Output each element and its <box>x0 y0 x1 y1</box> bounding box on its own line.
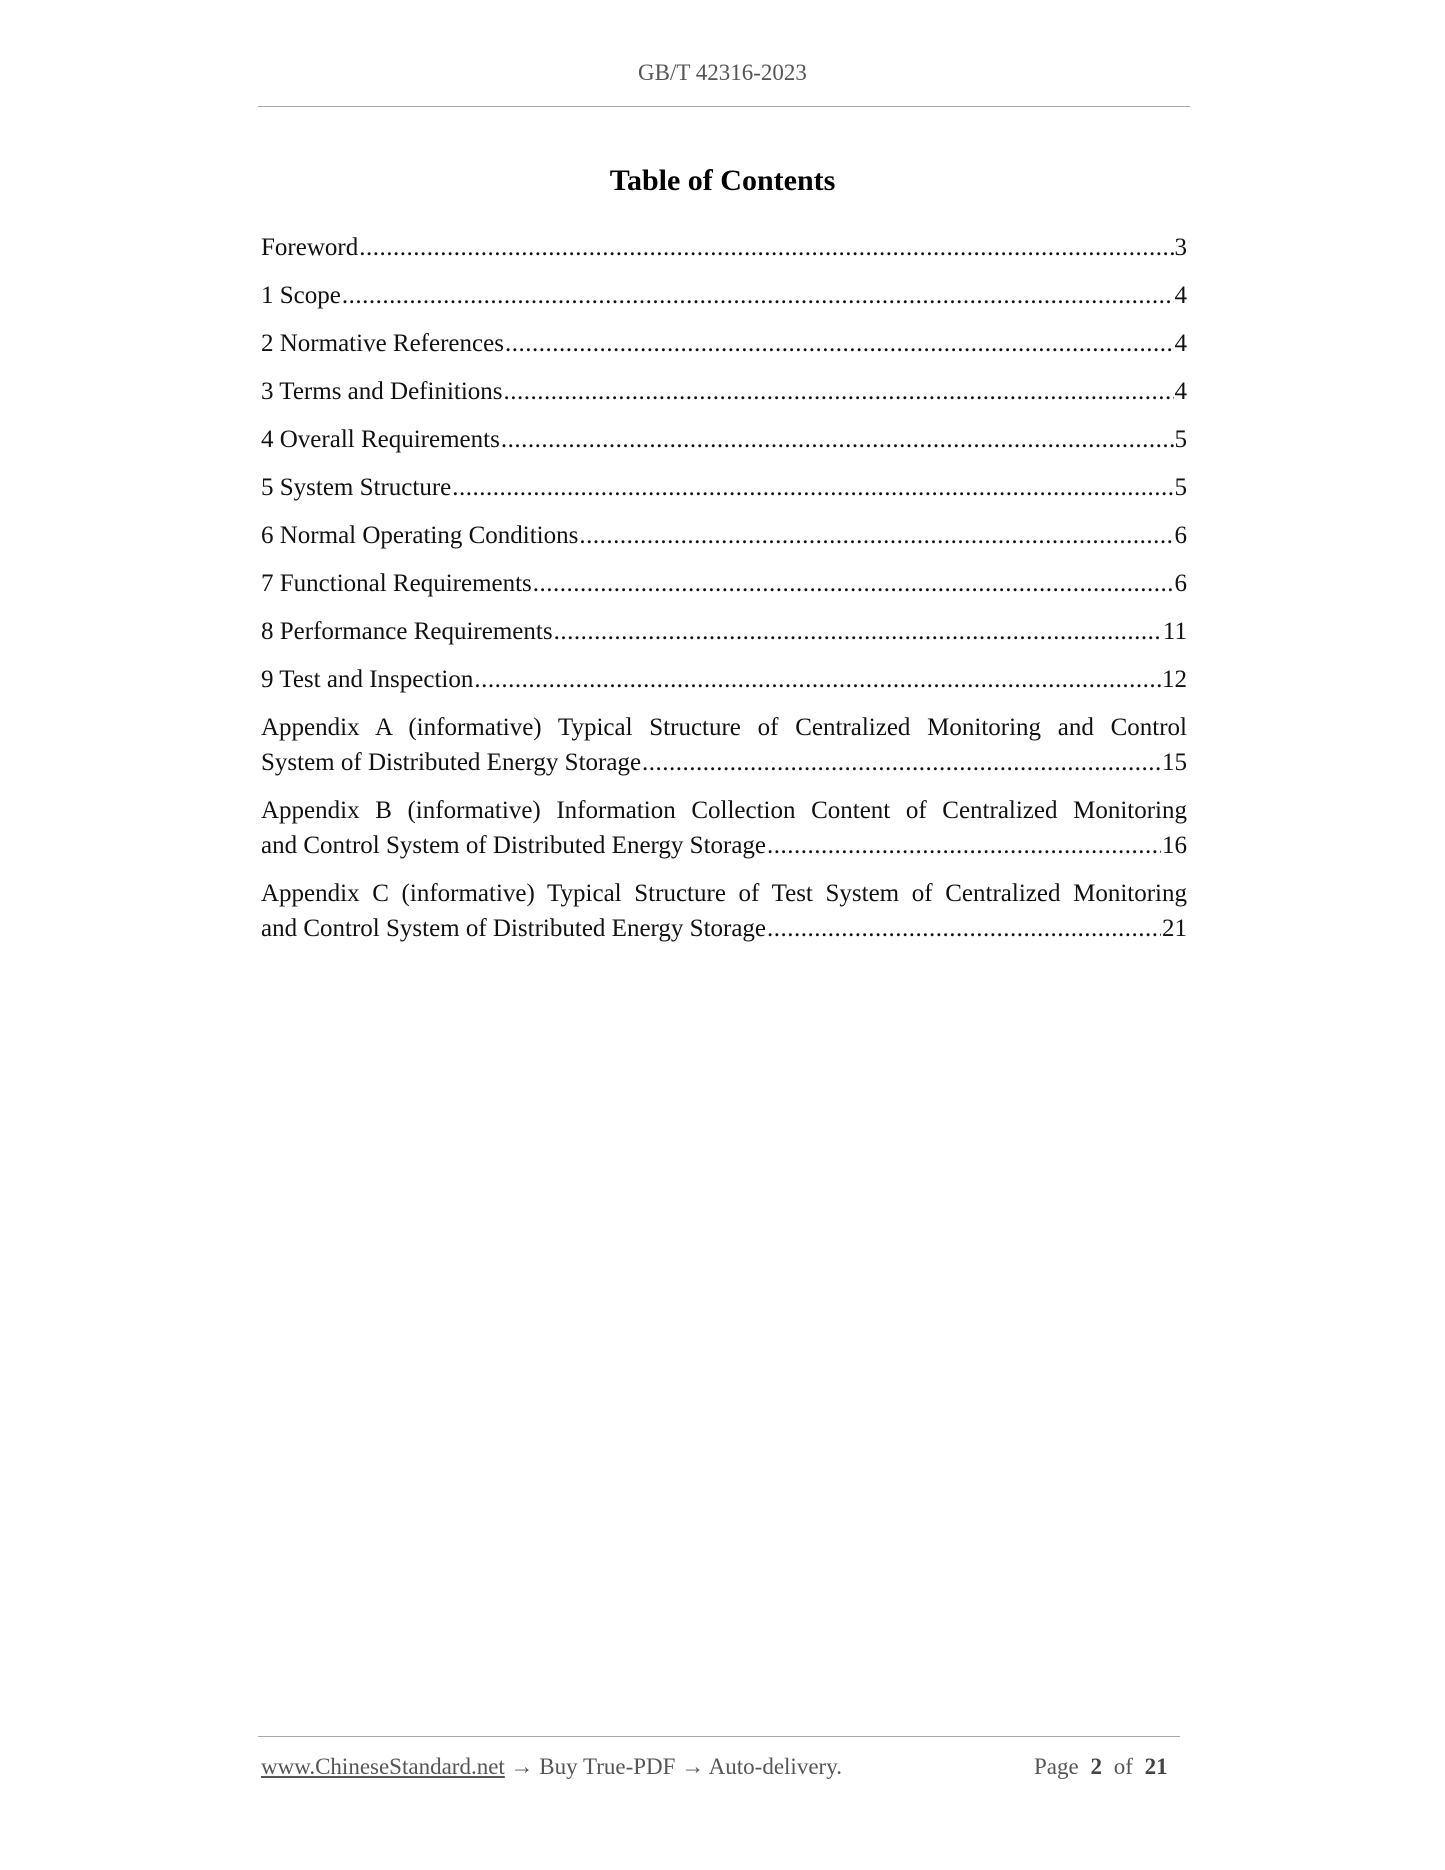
arrow-right-icon: → <box>511 1754 534 1779</box>
toc-entry[interactable]: Foreword3 <box>261 230 1187 265</box>
table-of-contents: Foreword3 1 Scope4 2 Normative Reference… <box>261 230 1187 959</box>
toc-entry-label-line1: Appendix C (informative) Typical Structu… <box>261 876 1187 911</box>
toc-entry-label-line2: and Control System of Distributed Energy… <box>261 911 766 946</box>
toc-entry[interactable]: 8 Performance Requirements11 <box>261 614 1187 649</box>
current-page: 2 <box>1090 1754 1102 1779</box>
toc-entry-label: 6 Normal Operating Conditions <box>261 518 578 553</box>
dot-leader <box>642 745 1161 780</box>
toc-entry-label-line2: and Control System of Distributed Energy… <box>261 828 766 863</box>
arrow-right-icon: → <box>681 1754 704 1779</box>
toc-entry-page: 16 <box>1162 828 1187 863</box>
toc-entry-page: 15 <box>1162 745 1187 780</box>
toc-entry-label-line1: Appendix A (informative) Typical Structu… <box>261 710 1187 745</box>
dot-leader <box>504 374 1174 409</box>
toc-entry[interactable]: 3 Terms and Definitions4 <box>261 374 1187 409</box>
website-link[interactable]: www.ChineseStandard.net <box>261 1754 505 1779</box>
toc-entry-label: 4 Overall Requirements <box>261 422 500 457</box>
toc-entry-page: 11 <box>1163 614 1187 649</box>
dot-leader <box>554 614 1162 649</box>
toc-entry-label: 1 Scope <box>261 278 341 313</box>
dot-leader <box>533 566 1174 601</box>
toc-entry-page: 21 <box>1162 911 1187 946</box>
toc-entry[interactable]: 9 Test and Inspection12 <box>261 662 1187 697</box>
header-divider <box>258 106 1190 107</box>
toc-entry-label: 2 Normative References <box>261 326 504 361</box>
toc-entry-page: 6 <box>1175 518 1188 553</box>
toc-entry-appendix-c[interactable]: Appendix C (informative) Typical Structu… <box>261 876 1187 946</box>
dot-leader <box>505 326 1174 361</box>
toc-entry-label: 7 Functional Requirements <box>261 566 532 601</box>
of-label: of <box>1114 1754 1133 1779</box>
toc-entry-label: 3 Terms and Definitions <box>261 374 503 409</box>
dot-leader <box>342 278 1174 313</box>
toc-entry[interactable]: 4 Overall Requirements 5 <box>261 422 1187 457</box>
page-label: Page <box>1034 1754 1079 1779</box>
toc-entry-label: Foreword <box>261 230 358 265</box>
toc-entry-label-line2: System of Distributed Energy Storage <box>261 745 641 780</box>
toc-entry-page: 6 <box>1175 566 1188 601</box>
dot-leader <box>474 662 1161 697</box>
page-title: Table of Contents <box>0 164 1445 198</box>
dot-leader <box>359 230 1173 265</box>
toc-entry-label: 5 System Structure <box>261 470 451 505</box>
page-number: Page 2 of 21 <box>1034 1754 1168 1780</box>
footer-divider <box>258 1736 1180 1737</box>
total-pages: 21 <box>1145 1754 1168 1779</box>
toc-entry[interactable]: 2 Normative References4 <box>261 326 1187 361</box>
dot-leader <box>767 828 1161 863</box>
dot-leader <box>579 518 1173 553</box>
document-id-header: GB/T 42316-2023 <box>0 60 1445 86</box>
toc-entry-page: 4 <box>1175 374 1188 409</box>
toc-entry-appendix-a[interactable]: Appendix A (informative) Typical Structu… <box>261 710 1187 780</box>
toc-entry-appendix-b[interactable]: Appendix B (informative) Information Col… <box>261 793 1187 863</box>
dot-leader <box>767 911 1161 946</box>
toc-entry-page: 5 <box>1175 470 1188 505</box>
toc-entry-label: 9 Test and Inspection <box>261 662 473 697</box>
footer-promo: www.ChineseStandard.net → Buy True-PDF →… <box>261 1754 842 1780</box>
toc-entry[interactable]: 5 System Structure 5 <box>261 470 1187 505</box>
toc-entry-page: 3 <box>1175 230 1188 265</box>
toc-entry-page: 4 <box>1175 326 1188 361</box>
toc-entry-label: 8 Performance Requirements <box>261 614 553 649</box>
toc-entry-page: 12 <box>1162 662 1187 697</box>
toc-entry[interactable]: 6 Normal Operating Conditions6 <box>261 518 1187 553</box>
toc-entry[interactable]: 7 Functional Requirements 6 <box>261 566 1187 601</box>
dot-leader <box>501 422 1174 457</box>
dot-leader <box>452 470 1173 505</box>
auto-delivery-text: Auto-delivery. <box>709 1754 842 1779</box>
toc-entry[interactable]: 1 Scope4 <box>261 278 1187 313</box>
buy-pdf-text: Buy True-PDF <box>539 1754 675 1779</box>
toc-entry-label-line1: Appendix B (informative) Information Col… <box>261 793 1187 828</box>
toc-entry-page: 5 <box>1175 422 1188 457</box>
toc-entry-page: 4 <box>1175 278 1188 313</box>
